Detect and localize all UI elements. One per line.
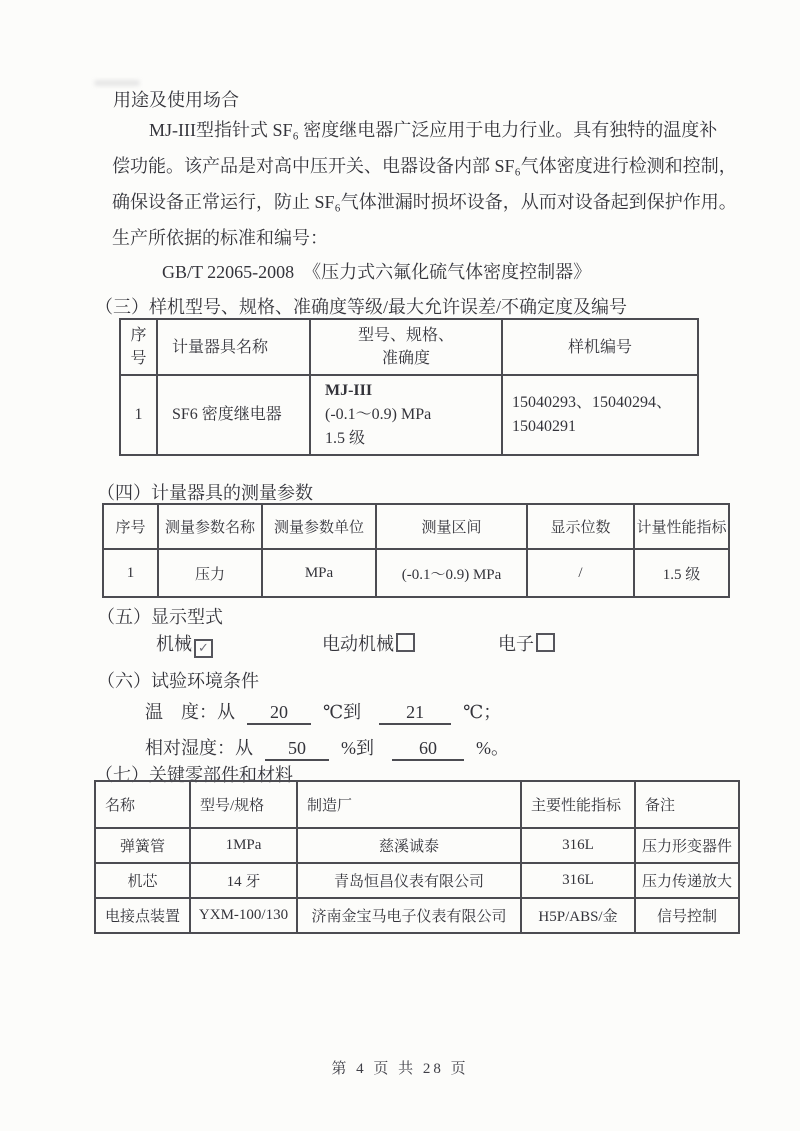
intro-paragraph: MJ-III型指针式 SF₆ 密度继电器广泛应用于电力行业。具有独特的温度补 偿… — [112, 112, 746, 256]
cell: 电接点装置 — [95, 898, 190, 933]
table-header-row: 序 号 计量器具名称 型号、规格、 准确度 样机编号 — [120, 319, 698, 375]
cell: 弹簧管 — [95, 828, 190, 863]
col-header: 显示位数 — [527, 504, 634, 549]
col-header: 备注 — [635, 781, 739, 828]
cell: 1MPa — [190, 828, 297, 863]
humidity-label: 相对湿度：从 — [145, 738, 253, 758]
page-number-footer: 第 4 页 共 28 页 — [0, 1057, 800, 1078]
cell: 316L — [521, 863, 635, 898]
col-header: 计量性能指标 — [634, 504, 729, 549]
temperature-from-value: 20 — [247, 702, 311, 725]
temperature-to-value: 21 — [379, 702, 451, 725]
option-electromechanical: 电动机械 — [322, 630, 415, 656]
col-header: 名称 — [95, 781, 190, 828]
cell: / — [527, 549, 634, 597]
table-row: 机芯 14 牙 青岛恒昌仪表有限公司 316L 压力传递放大 — [95, 863, 739, 898]
checkbox-mechanical-checked: ✓ — [194, 639, 213, 658]
cell-no: 1 — [120, 375, 157, 455]
document-page: 用途及使用场合 MJ-III型指针式 SF₆ 密度继电器广泛应用于电力行业。具有… — [0, 0, 800, 1131]
cell-model: MJ-III (-0.1～0.9) MPa 1.5 级 — [310, 375, 502, 455]
cell: 慈溪诚泰 — [297, 828, 521, 863]
cell: 压力形变器件 — [635, 828, 739, 863]
cell: MPa — [262, 549, 376, 597]
col-header: 主要性能指标 — [521, 781, 635, 828]
option-electronic: 电子 — [498, 630, 555, 656]
paragraph-line: 确保设备正常运行，防止 SF₆气体泄漏时损坏设备，从而对设备起到保护作用。 — [112, 184, 746, 220]
table-row: 电接点装置 YXM-100/130 济南金宝马电子仪表有限公司 H5P/ABS/… — [95, 898, 739, 933]
table-row: 1 压力 MPa (-0.1～0.9) MPa / 1.5 级 — [103, 549, 729, 597]
section-heading-4: （四）计量器具的测量参数 — [97, 479, 313, 505]
temperature-line: 温 度：从20℃到21℃； — [145, 698, 501, 725]
cell: (-0.1～0.9) MPa — [376, 549, 527, 597]
humidity-from-value: 50 — [265, 738, 329, 761]
col-header: 制造厂 — [297, 781, 521, 828]
checkbox-electronic — [536, 633, 555, 652]
col-header: 测量参数单位 — [262, 504, 376, 549]
cell: YXM-100/130 — [190, 898, 297, 933]
humidity-line: 相对湿度：从50%到60%。 — [145, 734, 509, 761]
section-heading-3: （三）样机型号、规格、准确度等级/最大允许误差/不确定度及编号 — [95, 293, 627, 319]
display-type-options: 机械✓ 电动机械 电子 — [0, 630, 800, 656]
sample-spec-table: 序 号 计量器具名称 型号、规格、 准确度 样机编号 1 SF6 密度继电器 M… — [119, 318, 699, 456]
cell: 青岛恒昌仪表有限公司 — [297, 863, 521, 898]
col-header: 测量参数名称 — [158, 504, 262, 549]
model-range: (-0.1～0.9) MPa — [325, 403, 500, 427]
temperature-label: 温 度：从 — [145, 702, 235, 722]
cell: 信号控制 — [635, 898, 739, 933]
section-heading-6: （六）试验环境条件 — [97, 667, 259, 693]
col-header-no: 序 号 — [120, 319, 157, 375]
model-name: MJ-III — [325, 379, 500, 403]
table-header-row: 序号 测量参数名称 测量参数单位 测量区间 显示位数 计量性能指标 — [103, 504, 729, 549]
cell: H5P/ABS/金 — [521, 898, 635, 933]
key-parts-table: 名称 型号/规格 制造厂 主要性能指标 备注 弹簧管 1MPa 慈溪诚泰 316… — [94, 780, 740, 934]
checkbox-electromechanical — [396, 633, 415, 652]
cell: 压力 — [158, 549, 262, 597]
col-header: 型号/规格 — [190, 781, 297, 828]
cell: 压力传递放大 — [635, 863, 739, 898]
section-heading-5: （五）显示型式 — [97, 603, 223, 629]
paragraph-line: MJ-III型指针式 SF₆ 密度继电器广泛应用于电力行业。具有独特的温度补 — [112, 112, 746, 148]
col-header-serial: 样机编号 — [502, 319, 698, 375]
cell: 1 — [103, 549, 158, 597]
paragraph-line: 生产所依据的标准和编号： — [112, 220, 746, 256]
col-header: 测量区间 — [376, 504, 527, 549]
cell: 1.5 级 — [634, 549, 729, 597]
cell-serials: 15040293、15040294、15040291 — [502, 375, 698, 455]
measurement-params-table: 序号 测量参数名称 测量参数单位 测量区间 显示位数 计量性能指标 1 压力 M… — [102, 503, 730, 598]
table-row: 弹簧管 1MPa 慈溪诚泰 316L 压力形变器件 — [95, 828, 739, 863]
option-mechanical: 机械✓ — [156, 630, 213, 658]
col-header-name: 计量器具名称 — [157, 319, 310, 375]
standard-reference: GB/T 22065-2008 《压力式六氟化硫气体密度控制器》 — [162, 258, 591, 284]
paragraph-line: 偿功能。该产品是对高中压开关、电器设备内部 SF₆气体密度进行检测和控制， — [112, 148, 746, 184]
cell: 316L — [521, 828, 635, 863]
col-header-model: 型号、规格、 准确度 — [310, 319, 502, 375]
col-header: 序号 — [103, 504, 158, 549]
page-title: 用途及使用场合 — [113, 86, 239, 112]
cell: 济南金宝马电子仪表有限公司 — [297, 898, 521, 933]
table-header-row: 名称 型号/规格 制造厂 主要性能指标 备注 — [95, 781, 739, 828]
humidity-to-value: 60 — [392, 738, 464, 761]
cell: 机芯 — [95, 863, 190, 898]
model-grade: 1.5 级 — [325, 427, 500, 451]
cell-name: SF6 密度继电器 — [157, 375, 310, 455]
table-row: 1 SF6 密度继电器 MJ-III (-0.1～0.9) MPa 1.5 级 … — [120, 375, 698, 455]
cell: 14 牙 — [190, 863, 297, 898]
